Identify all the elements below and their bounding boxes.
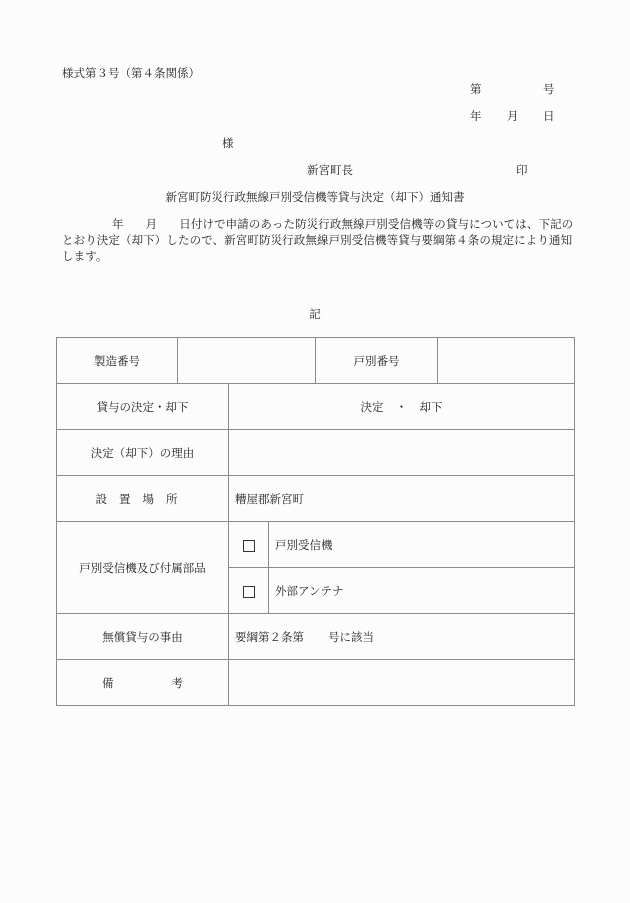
body-line1: 日付けで申請のあった防災行政無線戸別受信機等の貸与については、	[179, 217, 538, 231]
decision-label: 貸与の決定・却下	[57, 384, 229, 430]
date-day-label: 日	[543, 108, 555, 124]
reason-label: 決定（却下）の理由	[57, 430, 229, 476]
components-label: 戸別受信機及び付属部品	[57, 522, 229, 614]
document-number-prefix: 第	[470, 81, 482, 97]
body-month: 月	[146, 217, 158, 231]
row-decision: 貸与の決定・却下 決定・却下	[57, 384, 575, 430]
row-free-loan-reason: 無償貸与の事由 要綱第２条第号に該当	[57, 614, 575, 660]
form-identifier: 様式第３号（第４条関係）	[62, 65, 200, 81]
remarks-label-char1: 備	[102, 676, 114, 690]
decision-option-approve[interactable]: 決定	[361, 400, 384, 414]
issuer-name: 新宮町長	[307, 162, 353, 178]
seal-mark: 印	[516, 162, 528, 178]
row-remarks: 備考	[57, 660, 575, 706]
checkbox-external-antenna[interactable]	[243, 586, 255, 598]
location-label: 設置場所	[57, 476, 229, 522]
reason-field[interactable]	[229, 430, 575, 476]
free-loan-reason-label: 無償貸与の事由	[57, 614, 229, 660]
free-loan-reason-field[interactable]: 要綱第２条第号に該当	[229, 614, 575, 660]
component-checkbox-cell[interactable]	[229, 522, 269, 568]
component-checkbox-cell[interactable]	[229, 568, 269, 614]
decision-option-reject[interactable]: 却下	[420, 400, 443, 414]
decision-separator: ・	[384, 399, 420, 415]
row-serial-household: 製造番号 戸別番号	[57, 338, 575, 384]
remarks-field[interactable]	[229, 660, 575, 706]
decision-options: 決定・却下	[229, 384, 575, 430]
body-year: 年	[112, 217, 124, 231]
free-loan-reason-suffix: 号に該当	[328, 630, 374, 644]
notice-body: 年月日付けで申請のあった防災行政無線戸別受信機等の貸与については、下記のとおり決…	[62, 216, 577, 264]
free-loan-reason-prefix: 要綱第２条第	[235, 630, 304, 644]
document-number-suffix: 号	[543, 81, 555, 97]
component-antenna-label: 外部アンテナ	[269, 568, 575, 614]
ki-heading: 記	[0, 306, 630, 322]
location-field[interactable]: 糟屋郡新宮町	[229, 476, 575, 522]
component-receiver-label: 戸別受信機	[269, 522, 575, 568]
location-label-text: 設置場所	[96, 492, 190, 506]
row-location: 設置場所 糟屋郡新宮町	[57, 476, 575, 522]
row-component-receiver: 戸別受信機及び付属部品 戸別受信機	[57, 522, 575, 568]
remarks-label-char2: 考	[172, 676, 184, 690]
row-reason: 決定（却下）の理由	[57, 430, 575, 476]
decision-form-table: 製造番号 戸別番号 貸与の決定・却下 決定・却下 決定（却下）の理由 設置場所 …	[56, 337, 575, 706]
date-month-label: 月	[507, 108, 519, 124]
serial-number-label: 製造番号	[57, 338, 178, 384]
checkbox-receiver[interactable]	[243, 540, 255, 552]
document-title: 新宮町防災行政無線戸別受信機等貸与決定（却下）通知書	[0, 189, 630, 205]
serial-number-field[interactable]	[178, 338, 316, 384]
addressee-honorific: 様	[222, 135, 234, 151]
remarks-label: 備考	[57, 660, 229, 706]
household-number-field[interactable]	[438, 338, 575, 384]
household-number-label: 戸別番号	[316, 338, 438, 384]
date-year-label: 年	[470, 108, 482, 124]
